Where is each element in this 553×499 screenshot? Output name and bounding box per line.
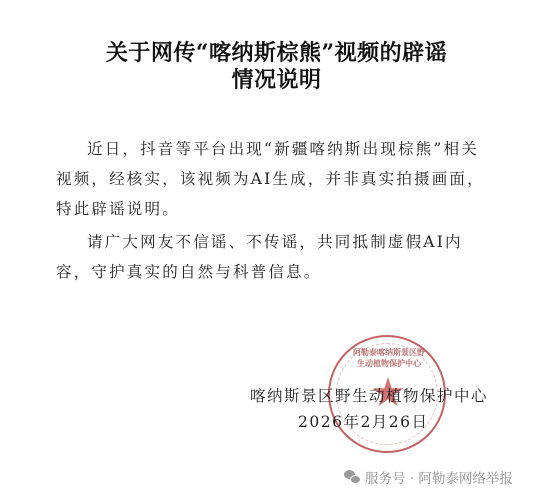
watermark: 服务号 · 阿勒泰网络举报 bbox=[344, 467, 513, 487]
watermark-text: 服务号 · 阿勒泰网络举报 bbox=[365, 467, 513, 487]
paragraph-2: 请广大网友不信谣、不传谣，共同抵制虚假AI内容，守护真实的自然与科普信息。 bbox=[56, 227, 488, 287]
wechat-icon bbox=[344, 470, 361, 484]
signature-date: 2026年2月26日 bbox=[298, 410, 429, 432]
document-title-line2: 情况说明 bbox=[0, 63, 553, 94]
paragraph-1: 近日，抖音等平台出现“新疆喀纳斯出现棕熊”相关视频，经核实，该视频为AI生成，并… bbox=[56, 134, 488, 224]
signature-organization: 喀纳斯景区野生动植物保护中心 bbox=[250, 384, 488, 406]
seal-text: 阿勒泰喀纳斯景区野生动植物保护中心 bbox=[350, 347, 428, 369]
